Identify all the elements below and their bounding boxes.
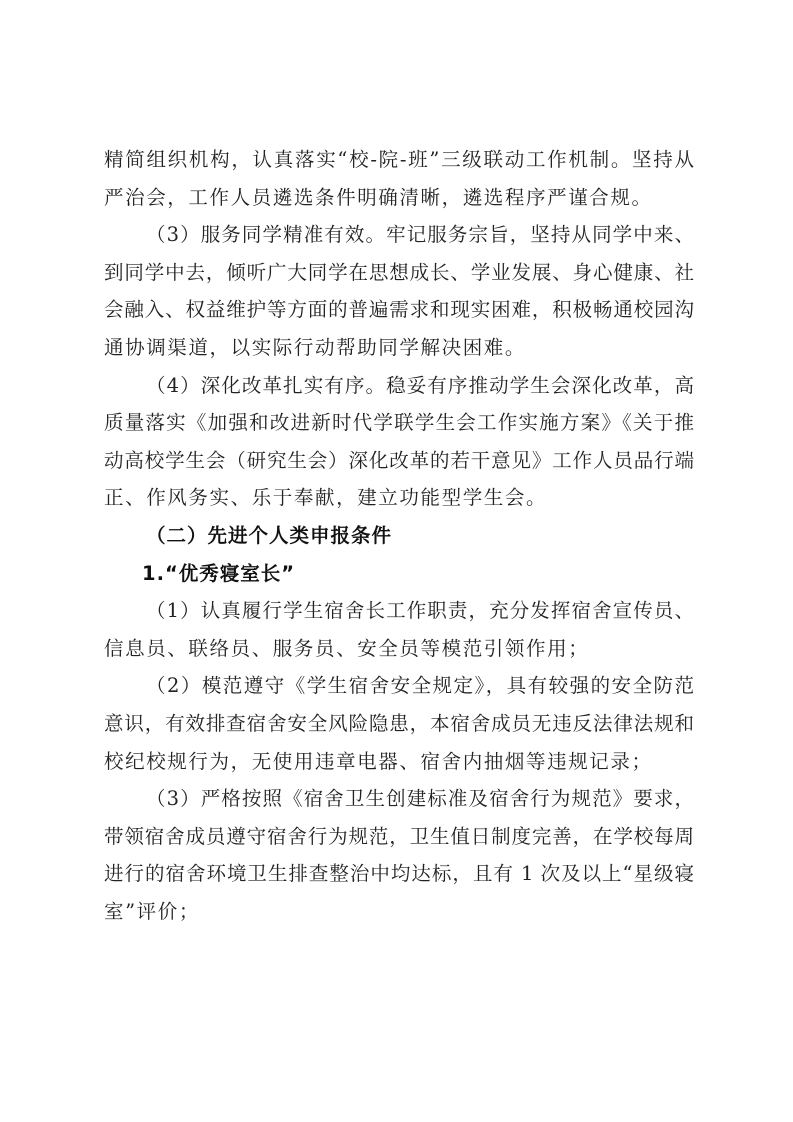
paragraph-continuation: 精简组织机构，认真落实“校-院-班”三级联动工作机制。坚持从 严治会，工作人员遴…: [104, 141, 694, 216]
text-line: 质量落实《加强和改进新时代学联学生会工作实施方案》《关于推: [104, 404, 694, 442]
paragraph-criterion-1: （1）认真履行学生宿舍长工作职责，充分发挥宿舍宣传员、 信息员、联络员、服务员、…: [104, 592, 694, 667]
text-line: （4）深化改革扎实有序。稳妥有序推动学生会深化改革，高: [104, 367, 694, 405]
text-line: （1）认真履行学生宿舍长工作职责，充分发挥宿舍宣传员、: [104, 592, 694, 630]
text-line: 精简组织机构，认真落实“校-院-班”三级联动工作机制。坚持从: [104, 141, 694, 179]
text-line: 信息员、联络员、服务员、安全员等模范引领作用；: [104, 630, 694, 668]
text-line: （3）服务同学精准有效。牢记服务宗旨，坚持从同学中来、: [104, 216, 694, 254]
text-line: 到同学中去，倾听广大同学在思想成长、学业发展、身心健康、社: [104, 254, 694, 292]
text-line: 通协调渠道，以实际行动帮助同学解决困难。: [104, 329, 694, 367]
document-page: 精简组织机构，认真落实“校-院-班”三级联动工作机制。坚持从 严治会，工作人员遴…: [104, 141, 694, 930]
text-line: 校纪校规行为，无使用违章电器、宿舍内抽烟等违规记录；: [104, 743, 694, 781]
text-line: 正、作风务实、乐于奉献，建立功能型学生会。: [104, 479, 694, 517]
text-line: 严治会，工作人员遴选条件明确清晰，遴选程序严谨合规。: [104, 179, 694, 217]
subsection-heading: 1.“优秀寝室长”: [104, 555, 694, 593]
paragraph-deepen-reform: （4）深化改革扎实有序。稳妥有序推动学生会深化改革，高 质量落实《加强和改进新时…: [104, 367, 694, 517]
text-line: 动高校学生会（研究生会）深化改革的若干意见》工作人员品行端: [104, 442, 694, 480]
paragraph-service-students: （3）服务同学精准有效。牢记服务宗旨，坚持从同学中来、 到同学中去，倾听广大同学…: [104, 216, 694, 366]
text-line: （3）严格按照《宿舍卫生创建标准及宿舍行为规范》要求，: [104, 780, 694, 818]
paragraph-criterion-3: （3）严格按照《宿舍卫生创建标准及宿舍行为规范》要求， 带领宿舍成员遵守宿舍行为…: [104, 780, 694, 930]
text-line: 意识，有效排查宿舍安全风险隐患，本宿舍成员无违反法律法规和: [104, 705, 694, 743]
text-line: 带领宿舍成员遵守宿舍行为规范，卫生值日制度完善，在学校每周: [104, 818, 694, 856]
text-line: （2）模范遵守《学生宿舍安全规定》，具有较强的安全防范: [104, 667, 694, 705]
text-line: 进行的宿舍环境卫生排查整治中均达标，且有 1 次及以上“星级寝: [104, 855, 694, 893]
text-line: 室”评价；: [104, 893, 694, 931]
text-line: 会融入、权益维护等方面的普遍需求和现实困难，积极畅通校园沟: [104, 291, 694, 329]
paragraph-criterion-2: （2）模范遵守《学生宿舍安全规定》，具有较强的安全防范 意识，有效排查宿舍安全风…: [104, 667, 694, 780]
section-heading: （二）先进个人类申报条件: [104, 517, 694, 555]
